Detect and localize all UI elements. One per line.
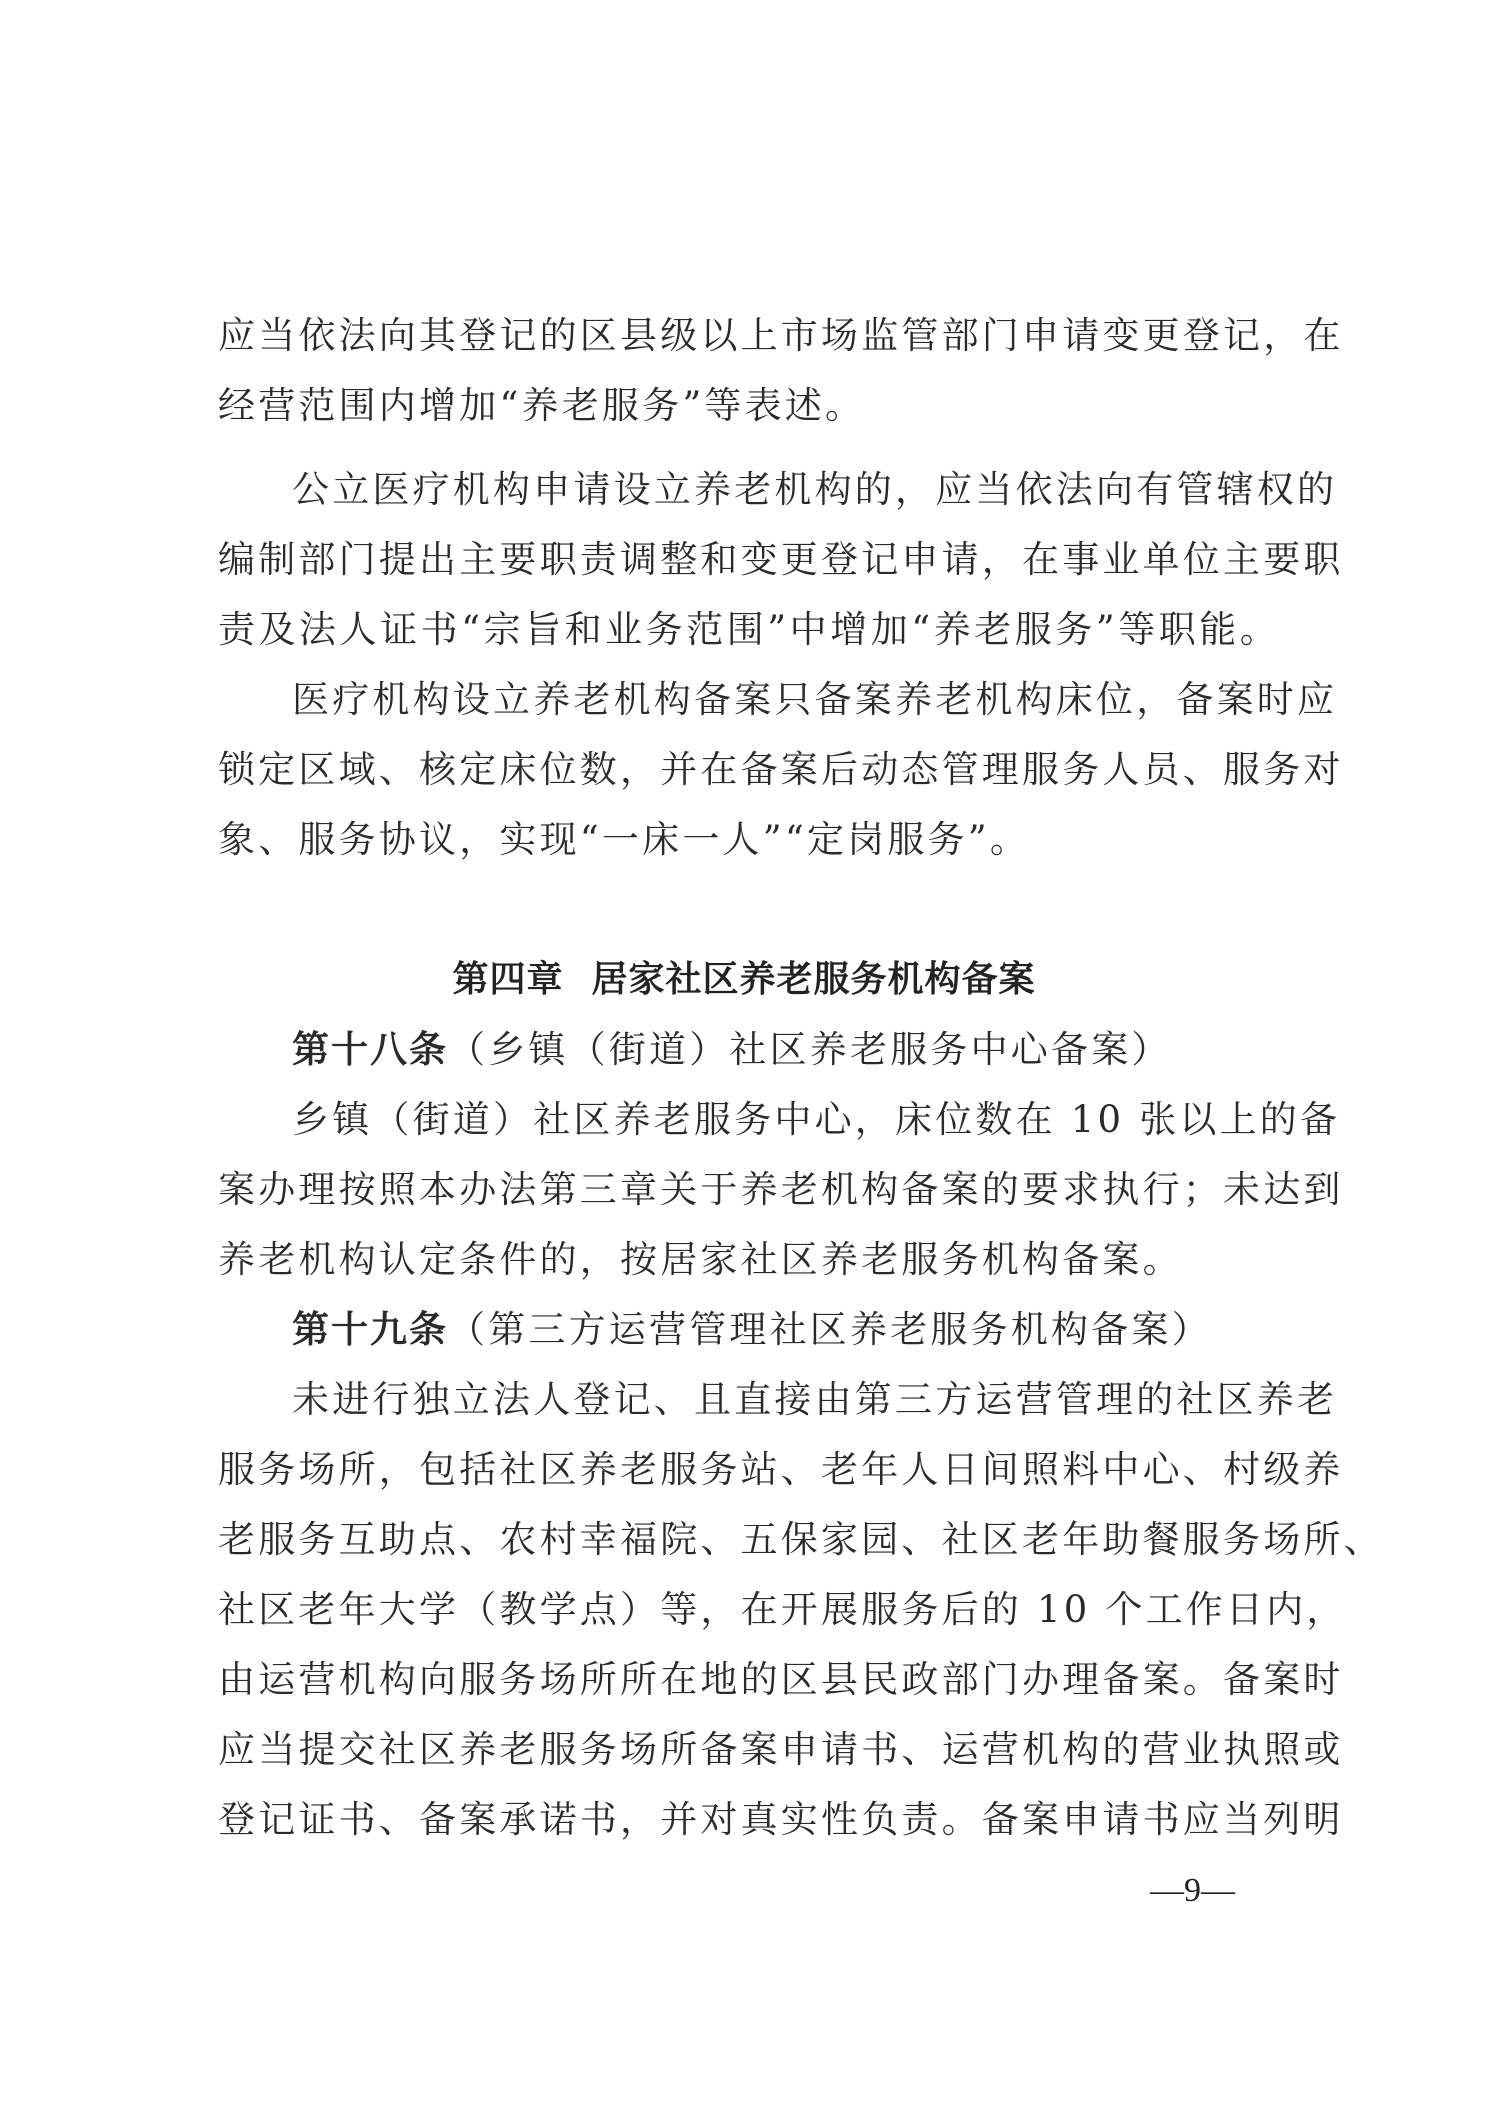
paragraph-line: 经营范围内增加“养老服务”等表述。: [218, 381, 1280, 431]
paragraph-line: 未进行独立法人登记、且直接由第三方运营管理的社区养老: [292, 1375, 1280, 1425]
paragraph-line: 锁定区域、核定床位数，并在备案后动态管理服务人员、服务对: [218, 745, 1280, 795]
paragraph-line: 服务场所，包括社区养老服务站、老年人日间照料中心、村级养: [218, 1445, 1280, 1495]
chapter-heading: 第四章居家社区养老服务机构备案: [0, 955, 1488, 1005]
article-subject: （第三方运营管理社区养老服务机构备案）: [448, 1308, 1212, 1351]
chapter-number: 第四章: [452, 959, 563, 1000]
paragraph-line: 责及法人证书“宗旨和业务范围”中增加“养老服务”等职能。: [218, 605, 1280, 655]
article-heading: 第十八条（乡镇（街道）社区养老服务中心备案）: [292, 1025, 1280, 1075]
page-number: —9—: [1150, 1872, 1235, 1910]
document-page: 应当依法向其登记的区县级以上市场监管部门申请变更登记，在 经营范围内增加“养老服…: [0, 0, 1488, 2104]
paragraph-line: 应当依法向其登记的区县级以上市场监管部门申请变更登记，在: [218, 311, 1280, 361]
article-heading: 第十九条（第三方运营管理社区养老服务机构备案）: [292, 1305, 1280, 1355]
paragraph-line: 医疗机构设立养老机构备案只备案养老机构床位，备案时应: [292, 675, 1280, 725]
paragraph-line: 社区老年大学（教学点）等，在开展服务后的 10 个工作日内，: [218, 1585, 1280, 1635]
paragraph-line: 象、服务协议，实现“一床一人”“定岗服务”。: [218, 815, 1280, 865]
paragraph-line: 公立医疗机构申请设立养老机构的，应当依法向有管辖权的: [292, 465, 1280, 515]
paragraph-line: 登记证书、备案承诺书，并对真实性负责。备案申请书应当列明: [218, 1795, 1280, 1845]
paragraph-line: 老服务互助点、农村幸福院、五保家园、社区老年助餐服务场所、: [218, 1515, 1280, 1565]
paragraph-line: 案办理按照本办法第三章关于养老机构备案的要求执行；未达到: [218, 1165, 1280, 1215]
article-label: 第十九条: [292, 1308, 448, 1351]
article-label: 第十八条: [292, 1028, 448, 1071]
article-subject: （乡镇（街道）社区养老服务中心备案）: [448, 1028, 1172, 1071]
paragraph-line: 由运营机构向服务场所所在地的区县民政部门办理备案。备案时: [218, 1655, 1280, 1705]
paragraph-line: 应当提交社区养老服务场所备案申请书、运营机构的营业执照或: [218, 1725, 1280, 1775]
paragraph-line: 乡镇（街道）社区养老服务中心，床位数在 10 张以上的备: [292, 1095, 1280, 1145]
paragraph-line: 编制部门提出主要职责调整和变更登记申请，在事业单位主要职: [218, 535, 1280, 585]
chapter-title: 居家社区养老服务机构备案: [592, 959, 1036, 1000]
paragraph-line: 养老机构认定条件的，按居家社区养老服务机构备案。: [218, 1235, 1280, 1285]
